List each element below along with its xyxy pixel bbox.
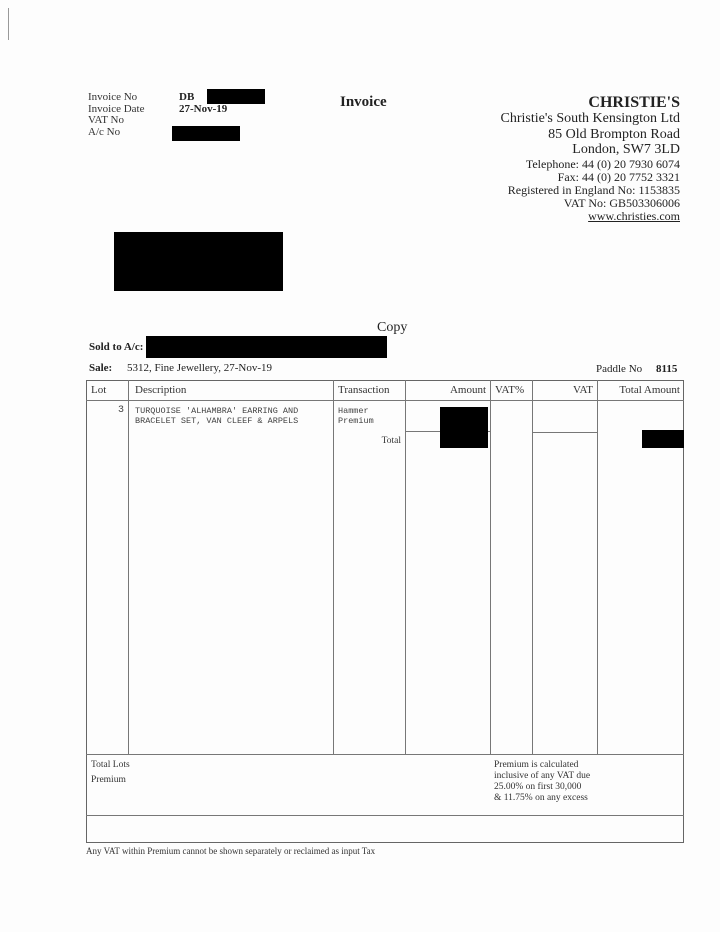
- col-header-transaction: Transaction: [338, 384, 390, 396]
- invoice-date-value: 27-Nov-19: [179, 104, 227, 116]
- premium-note-line: 25.00% on first 30,000: [494, 782, 590, 793]
- body-divider: [86, 754, 684, 755]
- premium-label: Premium: [91, 775, 126, 786]
- transaction-hammer: Hammer: [338, 406, 374, 416]
- redacted-sold-to-account: [146, 336, 387, 358]
- lot-description-line1: TURQUOISE 'ALHAMBRA' EARRING AND: [135, 406, 298, 416]
- vat-no-label: VAT No: [88, 115, 145, 127]
- copy-label: Copy: [377, 320, 407, 336]
- redacted-account-number: [172, 126, 240, 141]
- redacted-total-amount: [642, 430, 684, 448]
- paddle-number: 8115: [656, 363, 677, 375]
- lot-description: TURQUOISE 'ALHAMBRA' EARRING AND BRACELE…: [135, 406, 298, 426]
- col-header-description: Description: [135, 384, 186, 396]
- invoice-meta-labels: Invoice No Invoice Date VAT No A/c No: [88, 92, 145, 138]
- summary-divider: [86, 815, 684, 816]
- col-header-lot: Lot: [91, 384, 106, 396]
- col-divider-amount: [490, 380, 491, 754]
- premium-note-line: inclusive of any VAT due: [494, 771, 590, 782]
- paddle-label: Paddle No: [596, 363, 642, 375]
- col-header-vat-pct: VAT%: [495, 384, 524, 396]
- company-block: CHRISTIE'S Christie's South Kensington L…: [501, 94, 680, 158]
- company-website-link[interactable]: www.christies.com: [508, 210, 680, 223]
- col-divider-vat-pct: [532, 380, 533, 754]
- company-legal-name: Christie's South Kensington Ltd: [501, 111, 680, 127]
- col-divider-vat: [597, 380, 598, 754]
- col-divider-transaction: [405, 380, 406, 754]
- premium-note-line: & 11.75% on any excess: [494, 793, 590, 804]
- sold-to-label: Sold to A/c:: [89, 341, 143, 353]
- total-lots-label: Total Lots: [91, 760, 130, 771]
- redacted-invoice-number: [207, 89, 265, 104]
- vat-subtotal-line: [532, 432, 597, 433]
- ac-no-label: A/c No: [88, 127, 145, 139]
- company-address-line2: London, SW7 3LD: [501, 142, 680, 158]
- company-contact: Telephone: 44 (0) 20 7930 6074 Fax: 44 (…: [508, 158, 680, 223]
- invoice-no-label: Invoice No: [88, 92, 145, 104]
- scan-artifact: [8, 8, 9, 40]
- sale-label: Sale:: [89, 362, 112, 374]
- row-total-label: Total: [333, 436, 401, 447]
- vat-footnote: Any VAT within Premium cannot be shown s…: [86, 846, 375, 856]
- company-address-line1: 85 Old Brompton Road: [501, 127, 680, 143]
- col-header-total-amount: Total Amount: [597, 384, 680, 396]
- redacted-amounts: [440, 407, 488, 448]
- col-header-vat: VAT: [532, 384, 593, 396]
- lot-description-line2: BRACELET SET, VAN CLEEF & ARPELS: [135, 416, 298, 426]
- header-divider: [86, 400, 684, 401]
- lot-number: 3: [106, 406, 124, 416]
- col-header-amount: Amount: [405, 384, 486, 396]
- transaction-list: Hammer Premium: [338, 406, 374, 426]
- sale-value: 5312, Fine Jewellery, 27-Nov-19: [127, 362, 272, 374]
- premium-note-line: Premium is calculated: [494, 760, 590, 771]
- invoice-table: [86, 380, 684, 843]
- redacted-buyer-address: [114, 232, 283, 291]
- col-divider-lot: [128, 380, 129, 754]
- premium-note: Premium is calculated inclusive of any V…: [494, 760, 590, 804]
- document-title: Invoice: [340, 94, 387, 111]
- transaction-premium: Premium: [338, 416, 374, 426]
- company-name: CHRISTIE'S: [501, 94, 680, 111]
